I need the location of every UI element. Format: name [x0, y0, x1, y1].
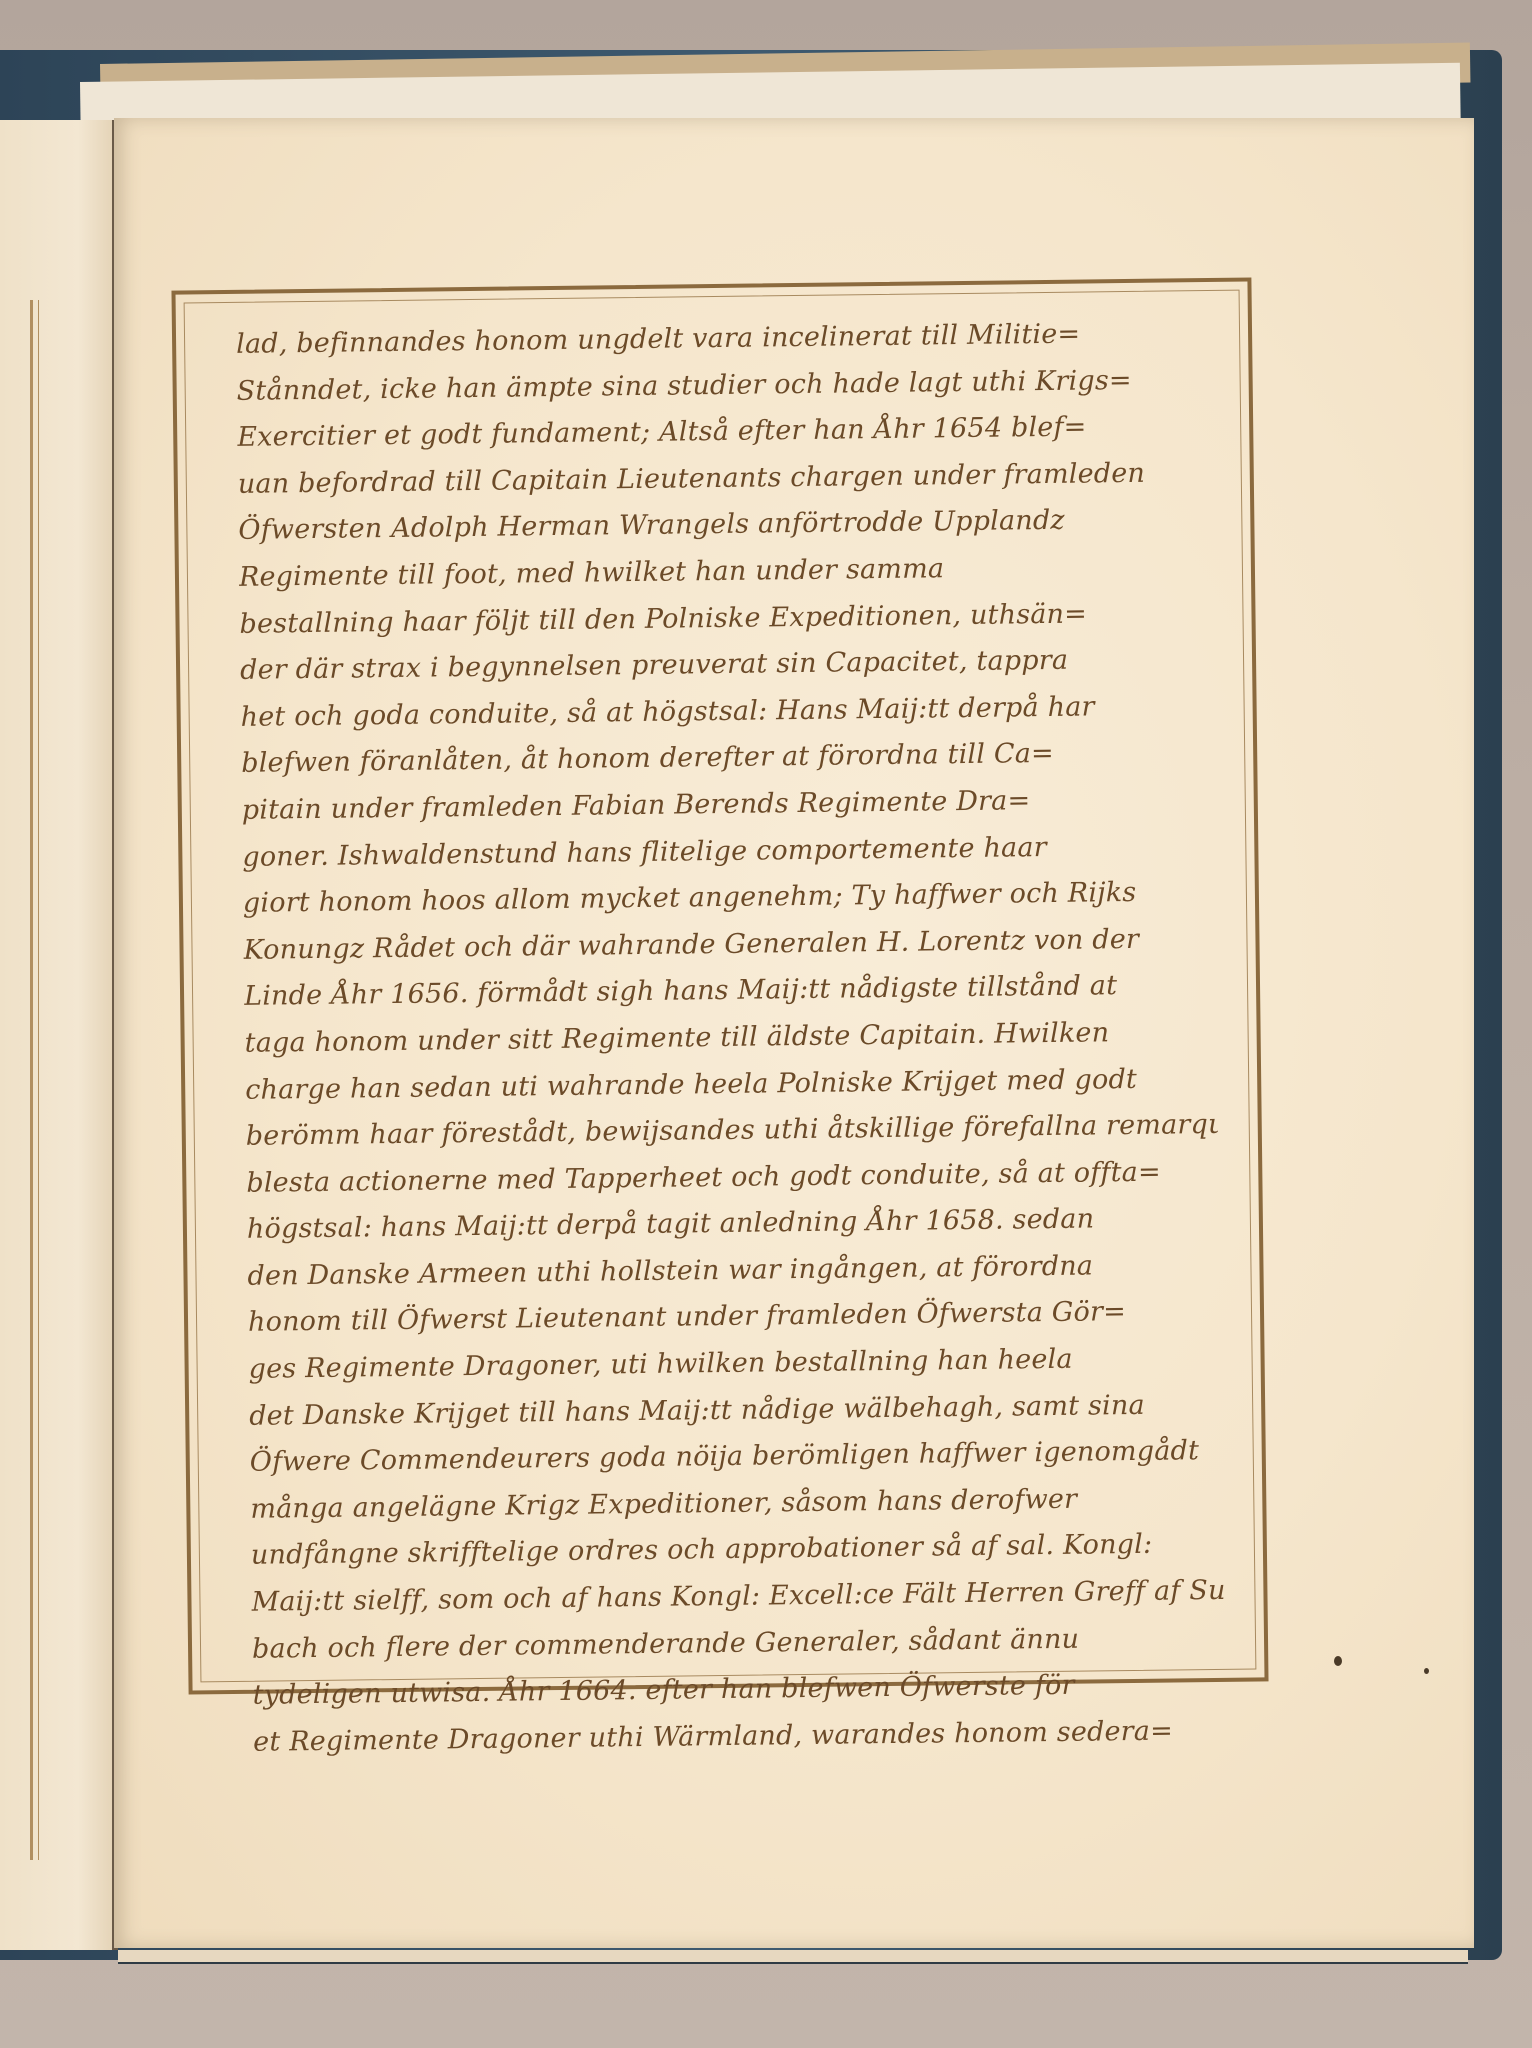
page-bottom-edge — [118, 1950, 1468, 1964]
left-page-frame-line-inner — [38, 300, 39, 1860]
left-page — [0, 120, 118, 1950]
manuscript-text: lad, befinnandes honom ungdelt vara ince… — [236, 310, 1226, 1766]
left-page-frame-line — [30, 300, 33, 1860]
ink-spot — [1424, 1668, 1429, 1674]
text-frame: lad, befinnandes honom ungdelt vara ince… — [171, 277, 1268, 1694]
ink-spot — [1334, 1656, 1342, 1666]
